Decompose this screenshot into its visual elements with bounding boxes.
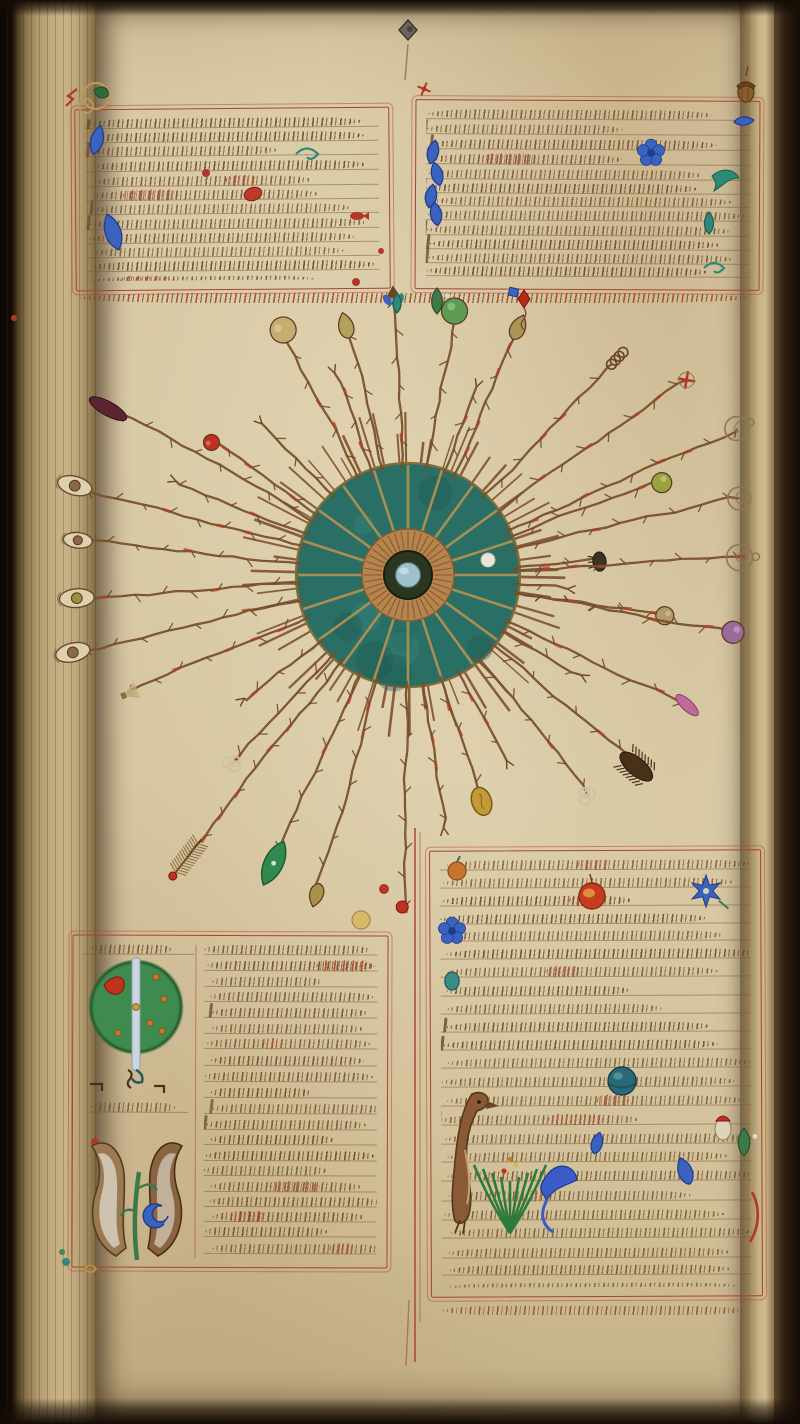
initial-stroke [443, 1017, 447, 1032]
script-line [205, 945, 378, 955]
rubric-mark [317, 960, 372, 971]
text-panel-bottom-left [71, 934, 388, 1268]
initial-stroke [87, 117, 91, 130]
script-snippet [85, 944, 191, 958]
initial-stroke [426, 220, 428, 235]
initial-stroke [85, 143, 89, 158]
script-line [440, 948, 750, 958]
script-line [204, 976, 377, 986]
initial-stroke [86, 215, 90, 230]
script-line [86, 189, 379, 201]
script-line [204, 1151, 377, 1161]
script-line [441, 985, 751, 995]
script-line [85, 131, 378, 143]
script-line [204, 1135, 377, 1145]
script-line [426, 197, 749, 208]
script-line [426, 239, 749, 250]
script-line [204, 1182, 377, 1192]
script-snippet [87, 1103, 186, 1116]
script-line [204, 1088, 377, 1098]
script-line [86, 160, 379, 172]
script-line [441, 1114, 751, 1124]
script-line [441, 1021, 751, 1031]
script-line [85, 117, 378, 129]
rubric-mark [263, 1039, 282, 1050]
script-line [204, 1166, 377, 1176]
rubric-mark [225, 174, 257, 185]
text-panel-top-right [415, 99, 761, 291]
script-line [426, 109, 749, 120]
initial-stroke [440, 1036, 444, 1051]
script-line [86, 944, 192, 953]
rubric-mark [120, 276, 170, 282]
script-line [426, 183, 749, 194]
script-line [426, 169, 749, 180]
script-line [204, 1227, 377, 1237]
script-line [204, 1056, 377, 1066]
initial-stroke [209, 1099, 214, 1114]
script-line [204, 961, 377, 971]
script-line [442, 1190, 752, 1200]
rubric-mark [330, 1243, 354, 1254]
script-line [204, 1212, 377, 1222]
script-line [440, 859, 750, 869]
script-line [86, 174, 379, 186]
initial-stroke [426, 178, 428, 193]
rubric-mark [270, 1181, 320, 1192]
interline-rubric-script [80, 293, 748, 303]
script-line [441, 966, 751, 976]
script-line [204, 1008, 377, 1018]
script-line [442, 1264, 752, 1274]
script-line [441, 1039, 751, 1049]
initial-stroke [204, 1114, 209, 1129]
script-column [440, 859, 752, 1287]
rubric-mark [597, 1095, 629, 1106]
script-line [204, 1072, 377, 1082]
right-dark-edge [774, 0, 800, 1424]
script-line [86, 145, 379, 157]
script-line [86, 217, 379, 229]
script-column [85, 117, 379, 282]
script-line [442, 1228, 752, 1238]
script-line [204, 1104, 377, 1114]
script-line [204, 1024, 377, 1034]
script-line [441, 1003, 751, 1013]
rubric-mark [231, 1211, 266, 1222]
initial-stroke [429, 134, 434, 149]
text-panel-bottom-right [429, 849, 763, 1297]
script-line [441, 1077, 751, 1087]
script-line [426, 210, 749, 221]
script-line [426, 266, 749, 277]
script-line [441, 1096, 751, 1106]
script-line [426, 124, 749, 135]
rubric-mark [546, 966, 580, 977]
footer-rubric-script [443, 1306, 743, 1315]
script-line [440, 895, 750, 905]
rubric-mark [548, 1114, 603, 1125]
illustration-column [82, 944, 196, 1257]
script-line [87, 1103, 186, 1112]
script-line [440, 931, 750, 941]
rubric-mark [569, 895, 604, 906]
script-line [86, 231, 379, 243]
top-dark-edge [0, 0, 800, 16]
script-line [441, 1171, 751, 1181]
script-line [87, 275, 380, 281]
initial-stroke [426, 119, 429, 134]
rubric-mark [123, 189, 178, 200]
script-line [204, 1039, 377, 1049]
script-line [426, 154, 749, 165]
text-panel-top-left [74, 107, 391, 292]
script-line [203, 1244, 376, 1254]
initial-stroke [428, 149, 433, 164]
script-line [441, 1057, 751, 1067]
script-column [203, 945, 377, 1259]
script-line [426, 253, 749, 264]
script-line [440, 878, 750, 888]
rubric-mark [482, 153, 536, 164]
script-column [426, 109, 750, 281]
script-line [442, 1210, 752, 1220]
open-book [0, 0, 800, 1424]
initial-stroke [208, 1003, 213, 1018]
script-line [440, 913, 750, 923]
script-line [442, 1247, 752, 1257]
rubric-mark [527, 1190, 544, 1201]
initial-stroke [426, 248, 430, 263]
script-line [426, 139, 749, 150]
script-line [204, 1120, 377, 1130]
initial-stroke [440, 1110, 442, 1125]
initial-stroke [89, 201, 93, 216]
script-line [442, 1282, 752, 1287]
script-line [87, 260, 380, 272]
bottom-dark-edge [0, 1398, 800, 1424]
script-line [86, 203, 379, 215]
script-line [441, 1133, 751, 1143]
script-line [86, 246, 379, 258]
script-line [426, 225, 749, 236]
script-line [204, 992, 377, 1002]
rubric-mark [578, 859, 609, 870]
script-line [441, 1151, 751, 1161]
script-line [204, 1197, 377, 1207]
